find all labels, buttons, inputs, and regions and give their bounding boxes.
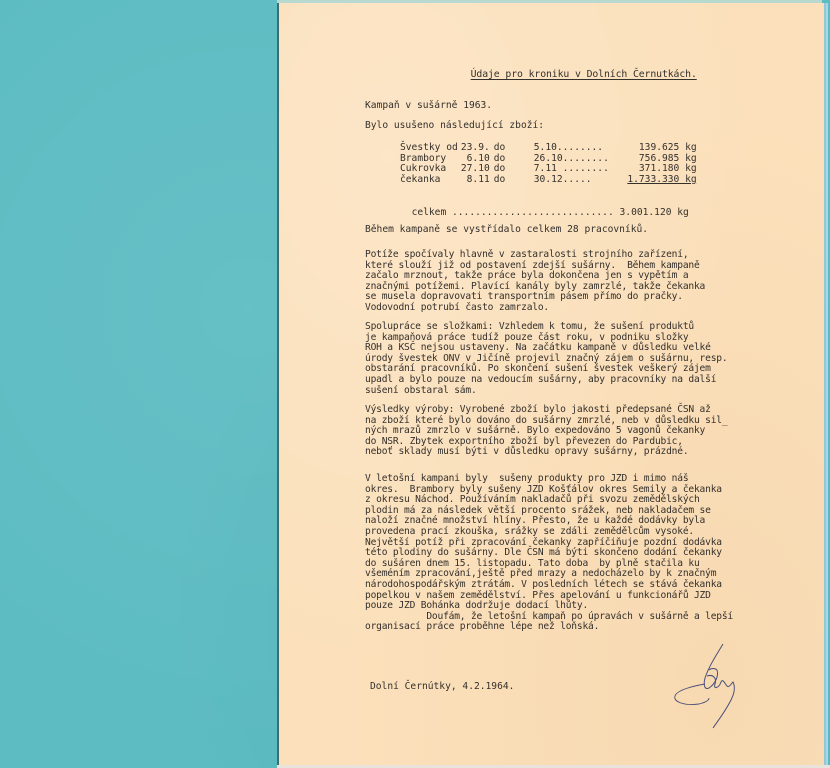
goods-row: Švestky od23.9.do5.10........139.625 kg bbox=[400, 143, 697, 154]
paragraph-results: Výsledky výroby: Vyrobené zboží bylo jak… bbox=[365, 405, 805, 458]
goods-item: Švestky od bbox=[400, 143, 458, 154]
goods-to-date: 30.12 bbox=[534, 175, 563, 186]
workers-line: Během kampaně se vystřídalo celkem 28 pr… bbox=[365, 224, 648, 235]
paragraph-this-year: V letošní kampani byly sušeny produkty p… bbox=[365, 474, 805, 633]
goods-row: čekanka8.11do30.12.....1.733.330 kg bbox=[400, 175, 697, 186]
goods-dots: ..... bbox=[563, 175, 621, 186]
place-date: Dolní Černútky, 4.2.1964. bbox=[370, 681, 514, 692]
paragraph-cooperation: Spolupráce se složkami: Vzhledem k tomu,… bbox=[365, 322, 805, 396]
total-amount: 3.001.120 kg bbox=[620, 207, 689, 218]
goods-amount: 1.733.330 kg bbox=[621, 175, 697, 186]
paragraph-difficulties: Potíže spočívaly hlavně v zastaralosti s… bbox=[365, 250, 805, 314]
signature-icon bbox=[665, 640, 755, 730]
document-title-text: Údaje pro kroniku v Dolních Černutkách. bbox=[471, 69, 697, 80]
goods-from-date: 23.9. bbox=[458, 143, 494, 154]
goods-table: Švestky od23.9.do5.10........139.625 kgB… bbox=[400, 143, 697, 185]
goods-intro: Bylo usušeno následující zboží: bbox=[365, 120, 544, 131]
goods-total-row: celkem ............................ 3.00… bbox=[400, 196, 689, 218]
total-label: celkem bbox=[412, 207, 447, 218]
total-dots: ............................ bbox=[452, 207, 614, 218]
goods-to-date: 5.10. bbox=[534, 143, 563, 154]
goods-to-label: do bbox=[494, 143, 534, 154]
campaign-heading: Kampaň v sušárně 1963. bbox=[365, 100, 492, 111]
goods-to-label: do bbox=[494, 175, 534, 186]
goods-amount: 139.625 kg bbox=[621, 143, 697, 154]
document-title: Údaje pro kroniku v Dolních Černutkách. bbox=[459, 58, 697, 80]
goods-item: čekanka bbox=[400, 175, 458, 186]
goods-from-date: 8.11 bbox=[458, 175, 494, 186]
goods-dots: ....... bbox=[563, 143, 621, 154]
